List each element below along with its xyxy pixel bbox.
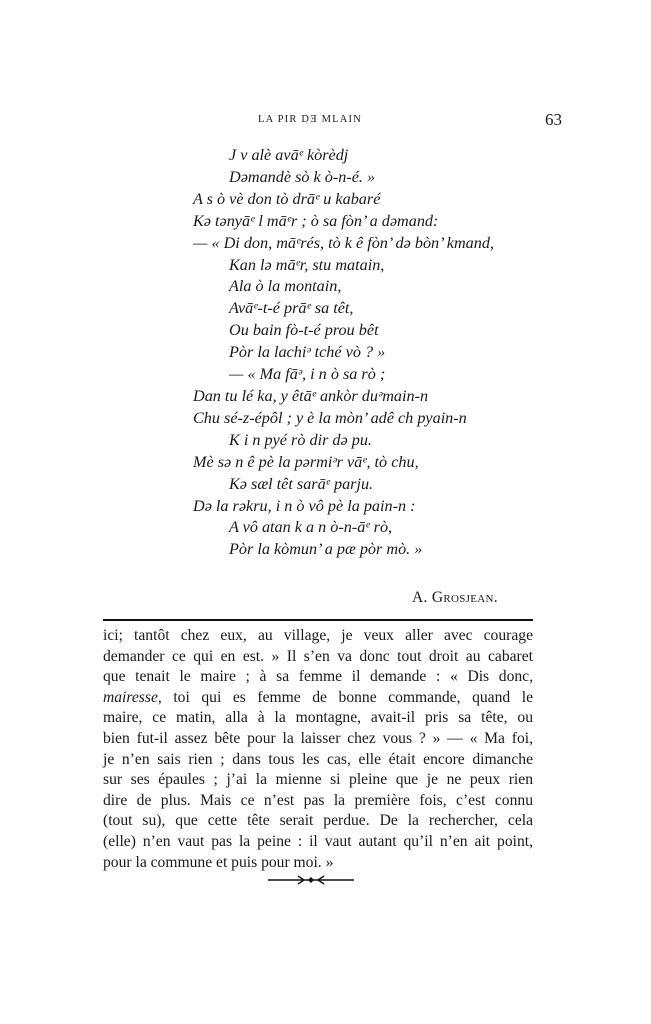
verse-line: K i n pyé rò dir də pu.: [193, 430, 593, 452]
verse-line: Kan lə māᵉr, stu matain,: [193, 255, 593, 277]
poem: J v alè avāᵉ kòrèdjDəmandè sò k ò-n-é. »…: [193, 145, 593, 561]
verse-line: Pòr la kòmun’ a pæ pòr mò. »: [193, 539, 593, 561]
page-number: 63: [545, 110, 562, 130]
author-signature: A. Grosjean.: [412, 589, 498, 607]
translation-text: ici; tantôt chez eux, au village, je veu…: [103, 626, 533, 873]
verse-line: Mè sə n ê pè la pərmiᵊr vāᵉ, tò chu,: [193, 452, 593, 474]
prose-line: sur ses épaules ; j’ai la mienne si plei…: [103, 770, 533, 791]
verse-line: Dan tu lé ka, y êtāᵉ ankòr duᵊmain-n: [193, 386, 593, 408]
verse-line: Də la rəkru, i n ò vô pè la pain-n :: [193, 496, 593, 518]
verse-line: Ala ò la montain,: [193, 276, 593, 298]
italic-term: mairesse: [103, 689, 158, 706]
verse-line: Pòr la lachiᵊ tché vò ? »: [193, 342, 593, 364]
verse-line: J v alè avāᵉ kòrèdj: [193, 145, 593, 167]
prose-line: dire de plus. Mais ce n’est pas la premi…: [103, 791, 533, 812]
page-header: LA PIR DƎ MLAIN 63: [0, 112, 651, 132]
verse-line: Ou bain fò-t-é prou bêt: [193, 320, 593, 342]
verse-line: A s ò vè don tò drāᵉ u kabaré: [193, 189, 593, 211]
prose-line: (tout su), que cette tête serait perdue.…: [103, 811, 533, 832]
verse-line: Chu sé-z-épôl ; y è la mòn’ adê ch pyain…: [193, 408, 593, 430]
verse-line: Kə tənyāᵉ l māᵉr ; ò sa fòn’ a dəmand:: [193, 211, 593, 233]
prose-line: bien fut-il assez bête pour la laisser c…: [103, 729, 533, 750]
verse-line: Avāᵉ-t-é prāᵉ sa têt,: [193, 298, 593, 320]
prose-line: que tenait le maire ; à sa femme il dema…: [103, 667, 533, 688]
verse-line: Kə sæl têt sarāᵉ parju.: [193, 474, 593, 496]
verse-line: Dəmandè sò k ò-n-é. »: [193, 167, 593, 189]
verse-line: A vô atan k a n ò-n-āᵉ rò,: [193, 517, 593, 539]
prose-line: je n’en sais rien ; dans tous les cas, e…: [103, 750, 533, 771]
verse-line: — « Ma fāᵊ, i n ò sa rò ;: [193, 364, 593, 386]
verse-line: — « Di don, māᵉrés, tò k ê fòn’ də bòn’ …: [193, 233, 593, 255]
prose-line: ici; tantôt chez eux, au village, je veu…: [103, 626, 533, 647]
prose-line: demander ce qui en est. » Il s’en va don…: [103, 647, 533, 668]
end-ornament-icon: [268, 873, 354, 885]
running-title: LA PIR DƎ MLAIN: [258, 114, 362, 125]
prose-line: maire, ce matin, alla à la montagne, ava…: [103, 708, 533, 729]
prose-line: pour la commune et puis pour moi. »: [103, 853, 533, 874]
prose-line: mairesse, toi qui es femme de bonne comm…: [103, 688, 533, 709]
separator-rule: [103, 619, 533, 621]
prose-line: (elle) n’en vaut pas la peine : il vaut …: [103, 832, 533, 853]
